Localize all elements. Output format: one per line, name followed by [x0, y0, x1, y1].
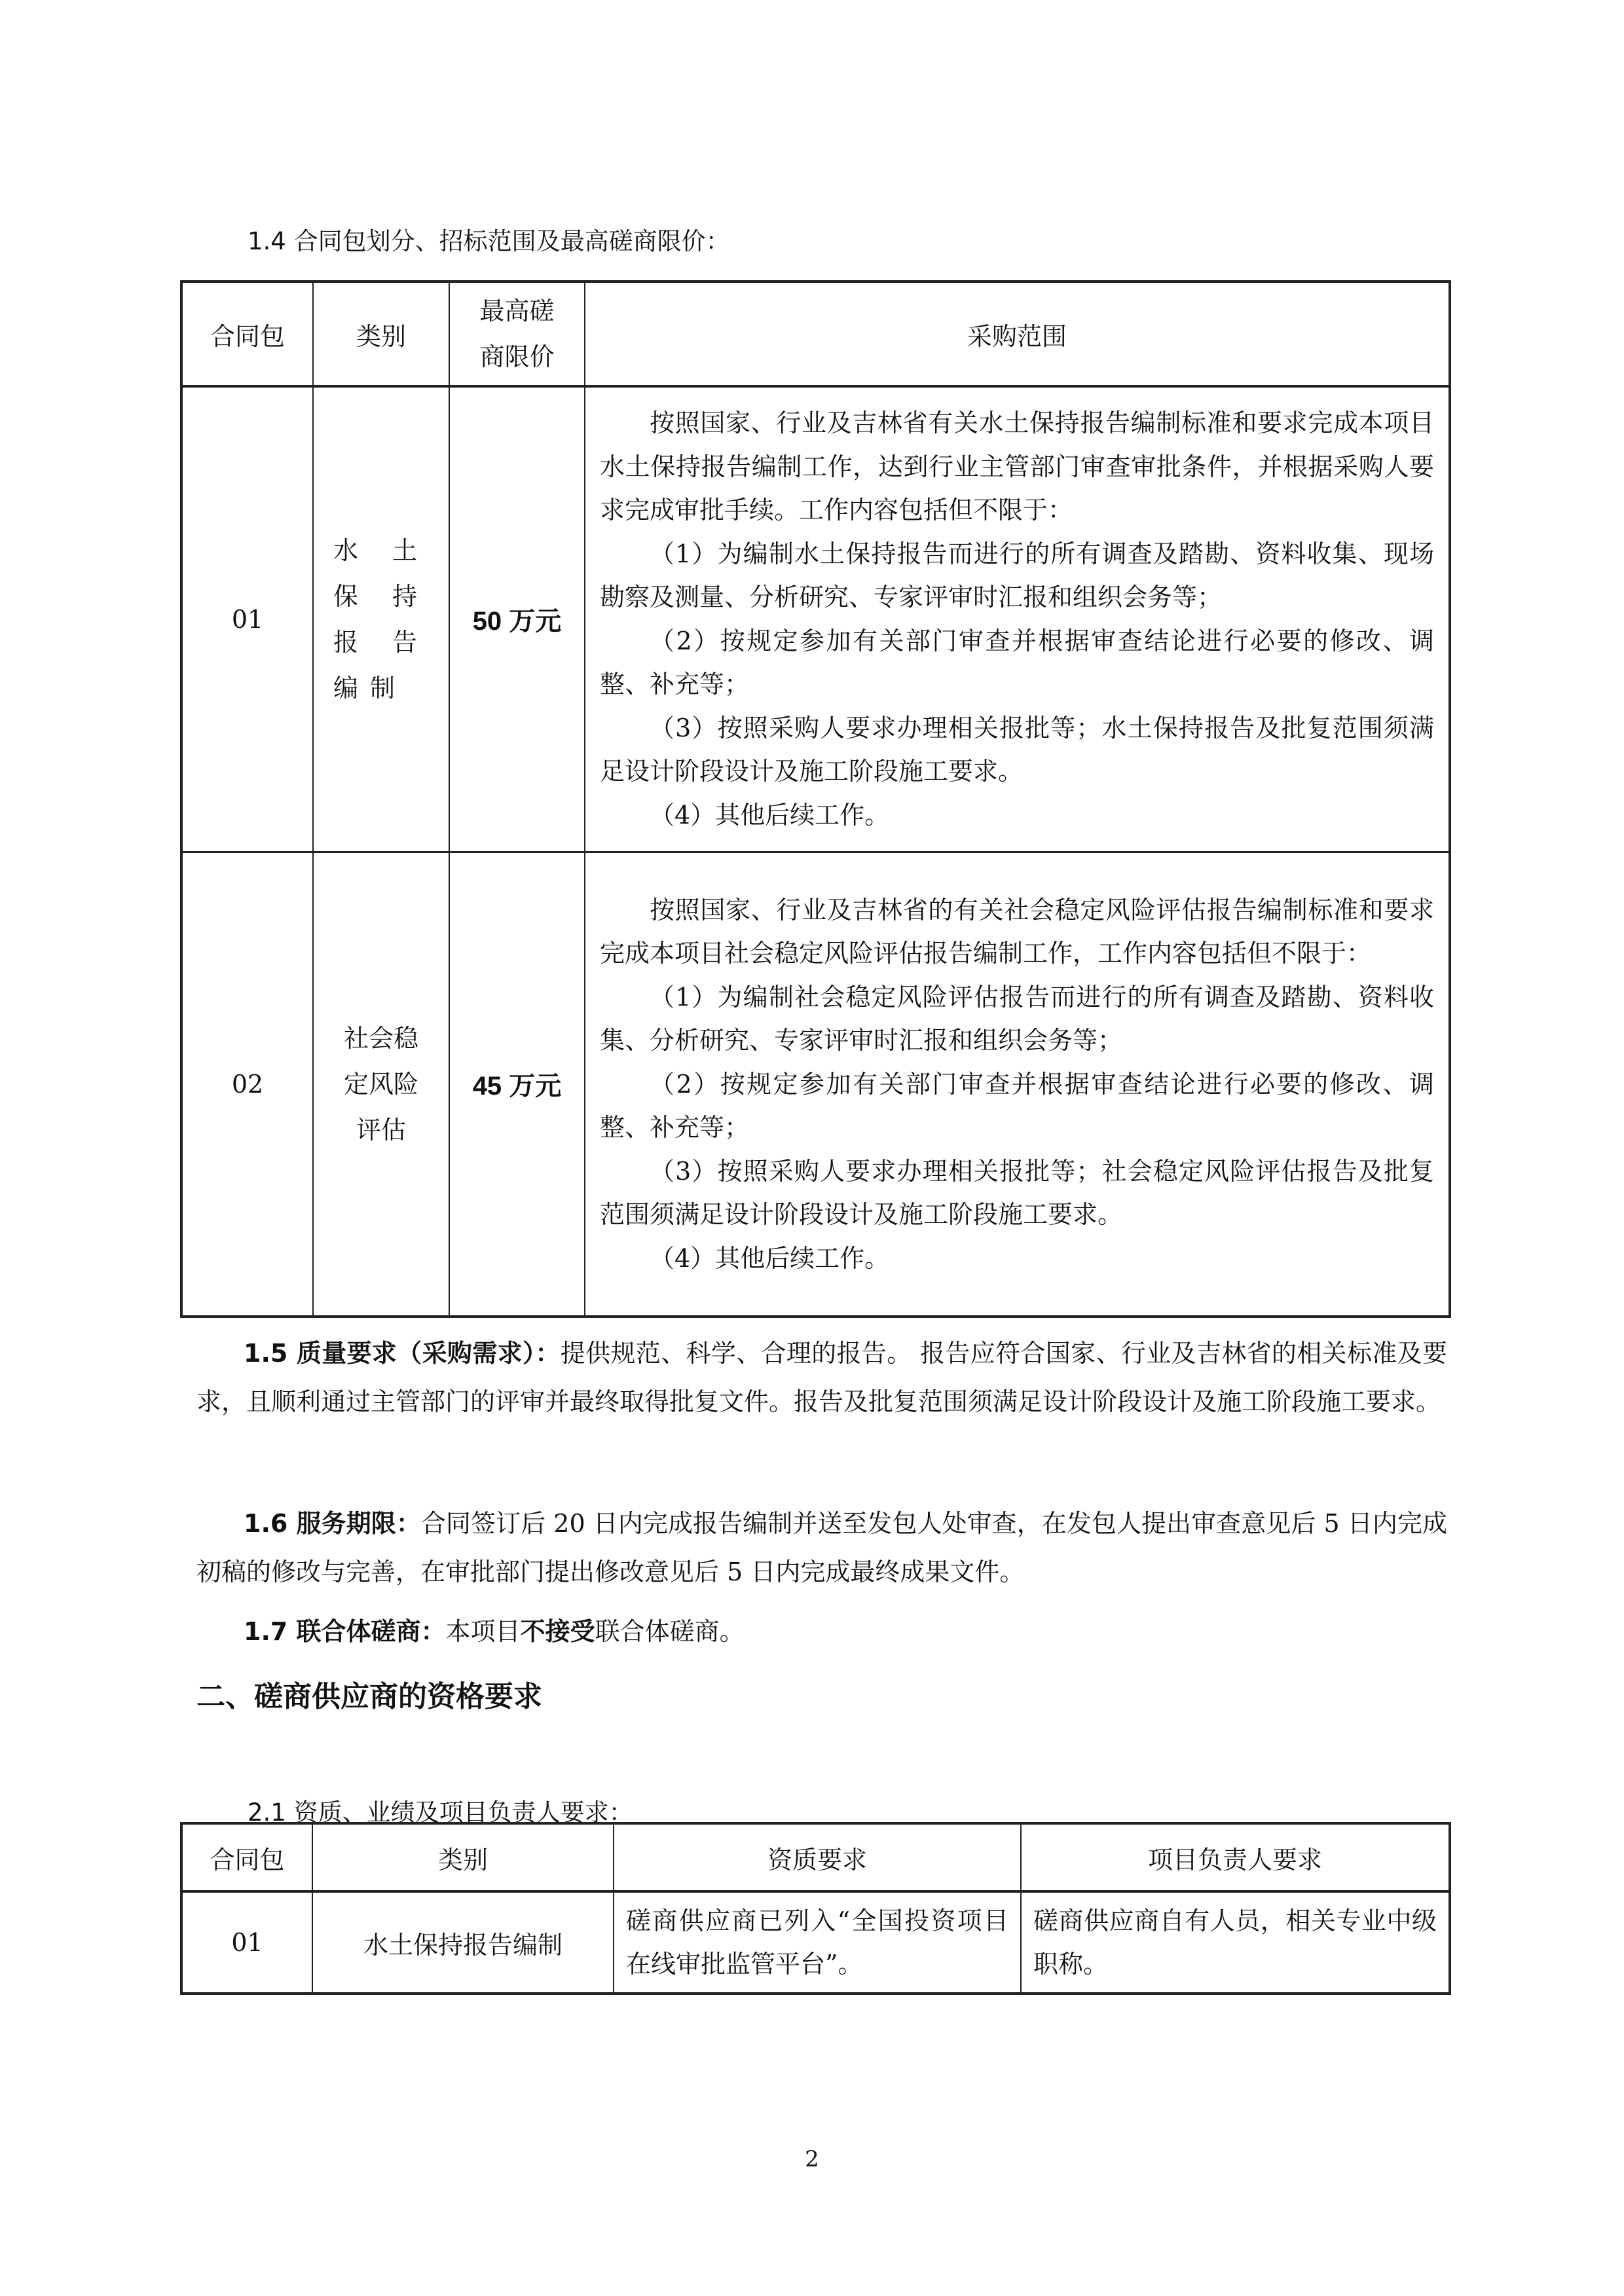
qualification-table: 合同包 类别 资质要求 项目负责人要求 01 水土保持报告编制 磋商供应商已列入… [180, 1822, 1451, 1995]
not-accepted-emphasis: 不接受 [521, 1617, 595, 1646]
section-1-7: 1.7 联合体磋商：本项目不接受联合体磋商。 [196, 1607, 1447, 1656]
section-1-4-title: 1.4 合同包划分、招标范围及最高磋商限价： [248, 221, 730, 257]
cell-package: 01 [181, 1891, 312, 1994]
cell-scope: 按照国家、行业及吉林省有关水土保持报告编制标准和要求完成本项目水土保持报告编制工… [585, 386, 1450, 852]
header-scope: 采购范围 [585, 282, 1450, 386]
table-row: 02 社会稳定风险评估 45 万元 按照国家、行业及吉林省的有关社会稳定风险评估… [181, 852, 1450, 1317]
cell-category: 水土保持报告编制 [313, 386, 449, 852]
table-row: 01 水土保持报告编制 50 万元 按照国家、行业及吉林省有关水土保持报告编制标… [181, 386, 1450, 852]
table-row: 01 水土保持报告编制 磋商供应商已列入“全国投资项目在线审批监管平台”。 磋商… [181, 1891, 1450, 1994]
header-lead-requirement: 项目负责人要求 [1021, 1823, 1450, 1891]
header-qualification: 资质要求 [614, 1823, 1021, 1891]
table-header-row: 合同包 类别 最高磋 商限价 采购范围 [181, 282, 1450, 386]
table-header-row: 合同包 类别 资质要求 项目负责人要求 [181, 1823, 1450, 1891]
cell-scope: 按照国家、行业及吉林省的有关社会稳定风险评估报告编制标准和要求完成本项目社会稳定… [585, 852, 1450, 1317]
header-category: 类别 [313, 282, 449, 386]
section-1-6-label: 1.6 服务期限： [244, 1509, 421, 1538]
cell-category: 水土保持报告编制 [312, 1891, 614, 1994]
header-max-price: 最高磋 商限价 [449, 282, 585, 386]
section-1-6: 1.6 服务期限：合同签订后 20 日内完成报告编制并送至发包人处审查，在发包人… [196, 1499, 1447, 1596]
section-1-5-label: 1.5 质量要求（采购需求）： [244, 1339, 561, 1368]
cell-category: 社会稳定风险评估 [313, 852, 449, 1317]
cell-qualification: 磋商供应商已列入“全国投资项目在线审批监管平台”。 [614, 1891, 1021, 1994]
header-category: 类别 [312, 1823, 614, 1891]
package-scope-table: 合同包 类别 最高磋 商限价 采购范围 01 水土保持报告编制 50 万元 按照… [180, 280, 1451, 1318]
chapter-2-title: 二、磋商供应商的资格要求 [196, 1673, 542, 1715]
cell-lead-requirement: 磋商供应商自有人员，相关专业中级职称。 [1021, 1891, 1450, 1994]
cell-max-price: 50 万元 [449, 386, 585, 852]
cell-max-price: 45 万元 [449, 852, 585, 1317]
header-package: 合同包 [181, 282, 313, 386]
header-package: 合同包 [181, 1823, 312, 1891]
cell-package: 01 [181, 386, 313, 852]
page-number: 2 [0, 2146, 1624, 2172]
section-1-7-label: 1.7 联合体磋商： [244, 1617, 446, 1646]
section-1-5: 1.5 质量要求（采购需求）：提供规范、科学、合理的报告。 报告应符合国家、行业… [196, 1329, 1447, 1426]
cell-package: 02 [181, 852, 313, 1317]
